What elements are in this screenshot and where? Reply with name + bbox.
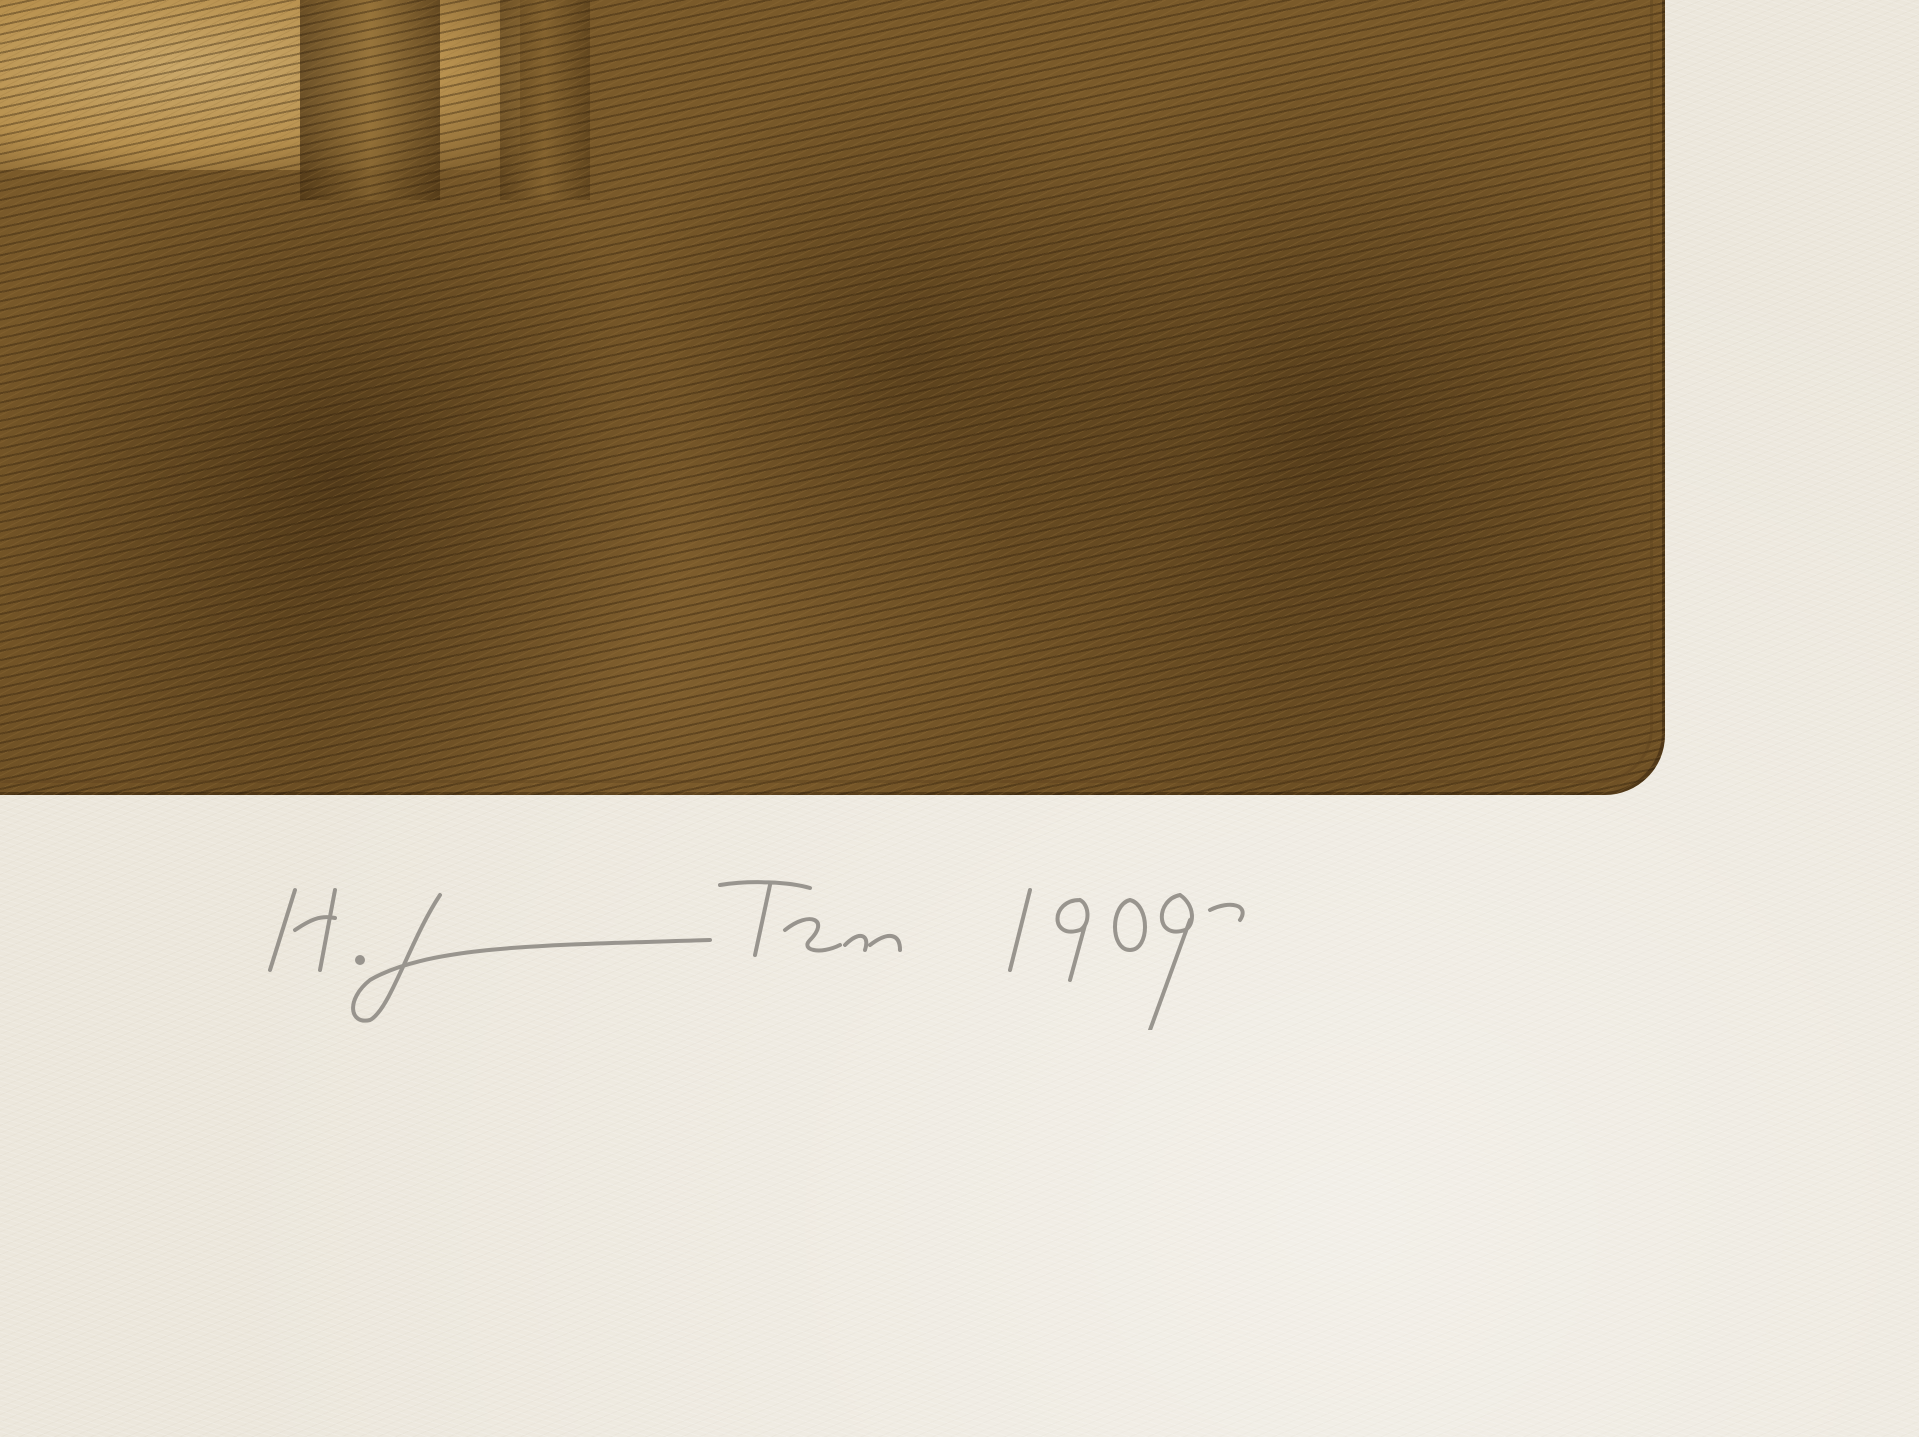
- etching-plate-area: [0, 0, 1665, 795]
- signature-strokes: [250, 860, 1670, 1030]
- pencil-signature: H. J— Ter… 1909 (handwritten, partly ill…: [250, 860, 1670, 1030]
- plate-texture: [0, 0, 1665, 795]
